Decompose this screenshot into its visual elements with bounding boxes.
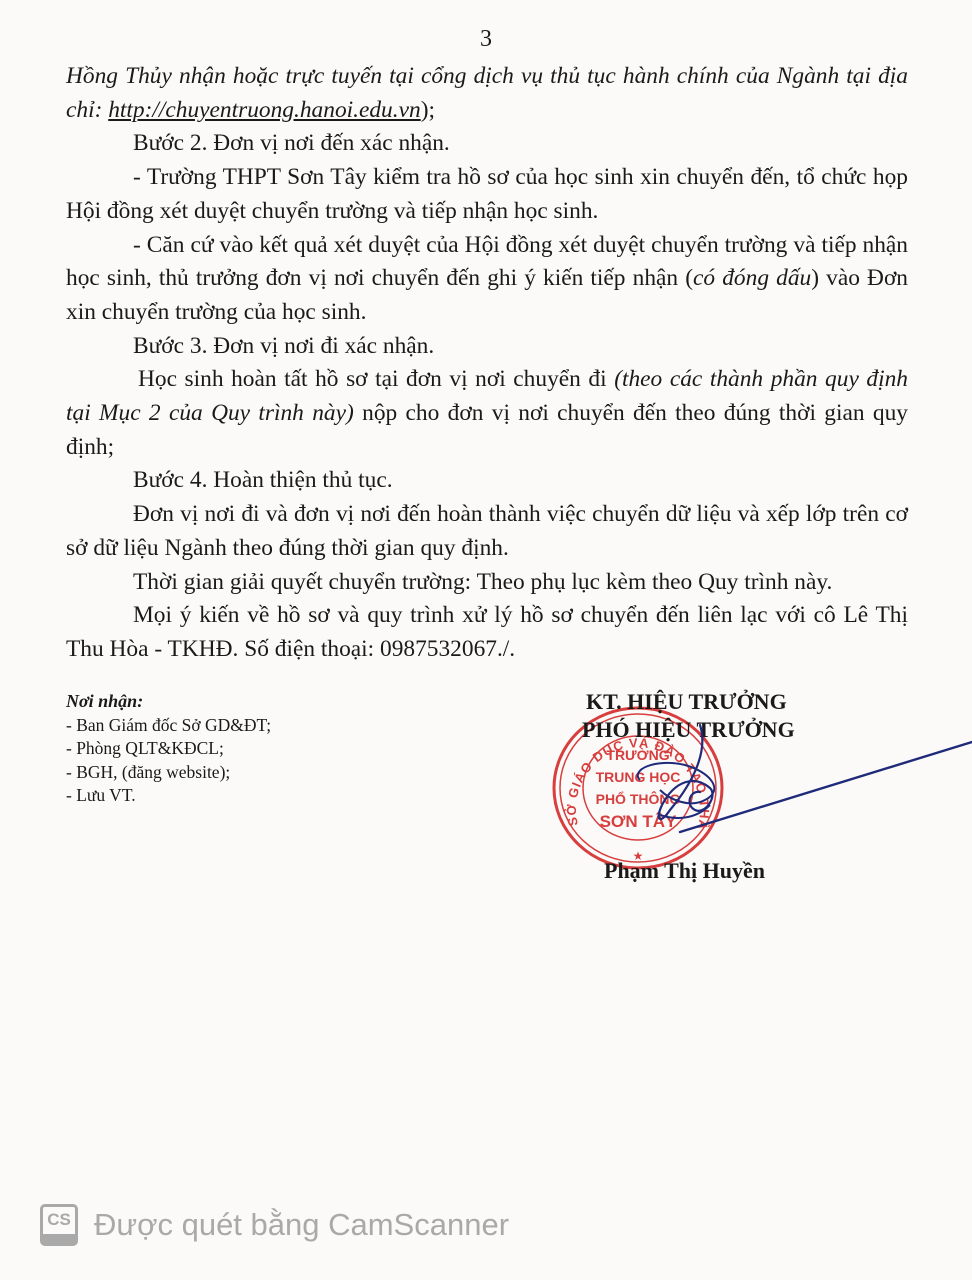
recipients-block: Nơi nhận: - Ban Giám đốc Sở GD&ĐT; - Phò…	[66, 690, 271, 808]
camscanner-logo-icon: CS	[40, 1204, 78, 1246]
step2-title: Bước 2. Đơn vị nơi đến xác nhận.	[66, 127, 908, 161]
camscanner-logo-text: CS	[43, 1207, 75, 1234]
step4-text: Đơn vị nơi đi và đơn vị nơi đến hoàn thà…	[66, 498, 908, 565]
page-number: 3	[0, 24, 972, 54]
recipients-title: Nơi nhận:	[66, 690, 271, 714]
recipient-item: - Ban Giám đốc Sở GD&ĐT;	[66, 714, 271, 738]
document-body: Hồng Thủy nhận hoặc trực tuyến tại cổng …	[66, 60, 908, 667]
step4-title: Bước 4. Hoàn thiện thủ tục.	[66, 464, 908, 498]
step3-text-a: Học sinh hoàn tất hồ sơ tại đơn vị nơi c…	[138, 366, 614, 392]
paragraph-continuation: Hồng Thủy nhận hoặc trực tuyến tại cổng …	[66, 60, 908, 127]
contact-info: Mọi ý kiến về hồ sơ và quy trình xử lý h…	[66, 599, 908, 666]
signature-title-line1: KT. HIỆU TRƯỞNG	[586, 688, 787, 716]
recipient-item: - Lưu VT.	[66, 784, 271, 808]
handwritten-signature-icon	[600, 720, 972, 840]
portal-link[interactable]: http://chuyentruong.hanoi.edu.vn	[108, 97, 420, 123]
camscanner-watermark: CS Được quét bằng CamScanner	[40, 1204, 509, 1246]
processing-time: Thời gian giải quyết chuyển trường: Theo…	[66, 566, 908, 600]
step2-bullet-1: - Trường THPT Sơn Tây kiểm tra hồ sơ của…	[66, 161, 908, 228]
watermark-text: Được quét bằng CamScanner	[94, 1207, 509, 1243]
recipient-item: - BGH, (đăng website);	[66, 761, 271, 785]
step3-title: Bước 3. Đơn vị nơi đi xác nhận.	[66, 330, 908, 364]
step2-bullet-2: - Căn cứ vào kết quả xét duyệt của Hội đ…	[66, 229, 908, 330]
signer-name: Phạm Thị Huyền	[604, 858, 765, 884]
step3-text: Học sinh hoàn tất hồ sơ tại đơn vị nơi c…	[66, 363, 908, 464]
continuation-end: );	[421, 97, 435, 123]
recipient-item: - Phòng QLT&KĐCL;	[66, 737, 271, 761]
step2-bullet-2-italic: có đóng dấu	[693, 265, 811, 291]
